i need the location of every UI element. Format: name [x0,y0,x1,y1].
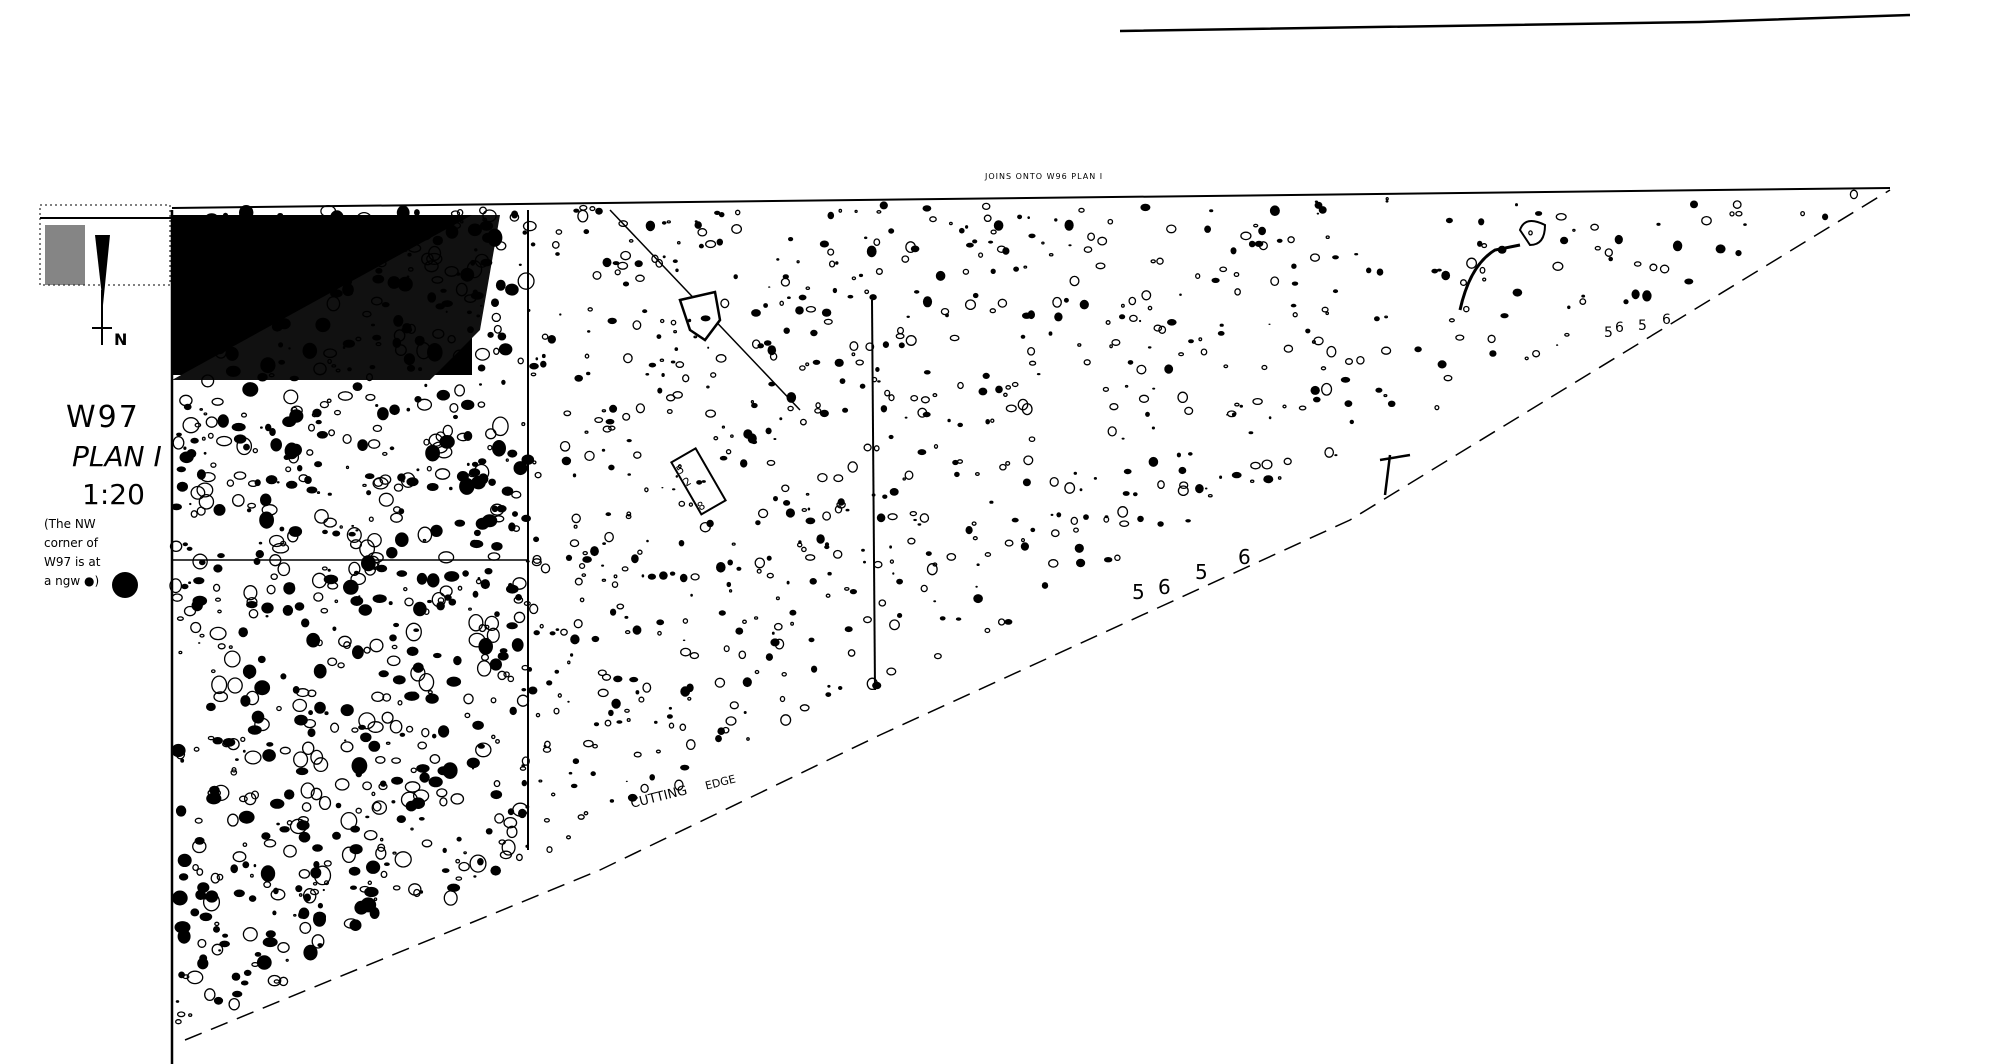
plan-title: PLAN I [72,440,162,473]
joins-annotation: JOINS ONTO W96 PLAN I [985,172,1103,181]
site-code: W97 [66,400,140,435]
north-label: N [114,330,127,349]
context-number: 5 [1638,318,1647,334]
north-arrow-area [40,205,175,345]
corner-note: (The NW corner of W97 is at a ngw ●) [44,515,100,591]
context-number: 5 [1604,325,1613,341]
scale-label: 1:20 [82,478,145,511]
nw-corner-dot [112,572,138,598]
context-number: 5 [1132,580,1145,604]
top-border-line [1120,15,1910,31]
excavation-plan [0,0,2000,1064]
context-number: 6 [1238,545,1251,569]
context-number: 6 [1158,575,1171,599]
context-number: 6 [1662,312,1671,328]
context-number: 6 [1615,320,1624,336]
context-number: 5 [1195,560,1208,584]
